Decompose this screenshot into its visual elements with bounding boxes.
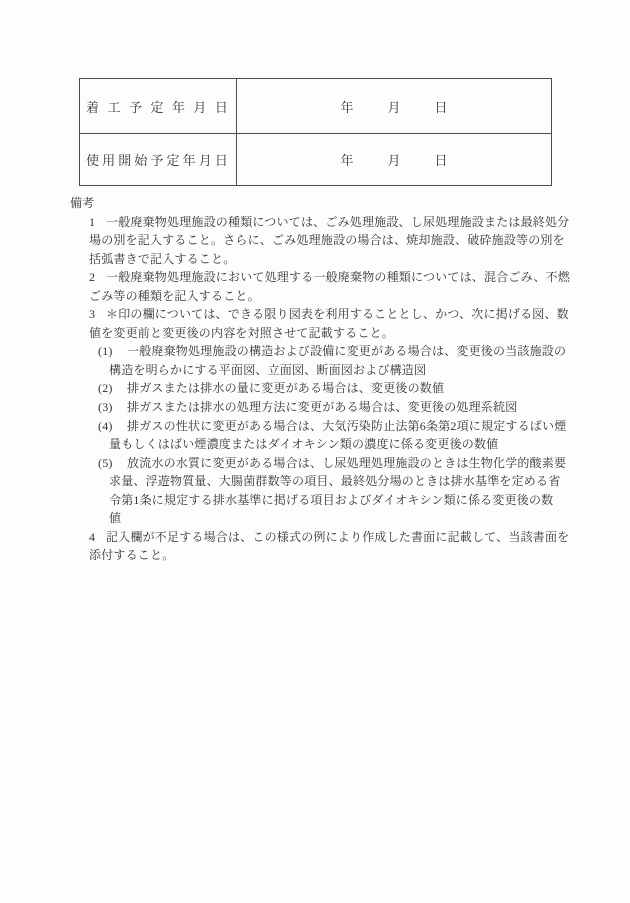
notes-lines: 1一般廃棄物処理施設の種類については、ごみ処理施設、し尿処理施設または最終処分 … [66,213,576,565]
note-line: 令第1条に規定する排水基準に掲げる項目およびダイオキシン類に係る変更後の数 [66,491,576,510]
note-line: (3)排ガスまたは排水の処理方法に変更がある場合は、変更後の処理系統図 [66,398,576,417]
note-line-text: 量もしくはばい煙濃度またはダイオキシン類の濃度に係る変更後の数値 [109,437,498,451]
note-line: (5)放流水の水質に変更がある場合は、し尿処理処理施設のときは生物化学的酸素要 [66,454,576,473]
note-line-text: ごみ等の種類を記入すること。 [89,289,260,303]
table-row-use-start: 使用開始予定年月日 年 月 日 [80,134,551,185]
note-line: 4記入欄が不足する場合は、この様式の例により作成した書面に記載して、当該書面を [66,528,576,547]
document-page: 着工予定年月日 年 月 日 使用開始予定年月日 年 月 日 備考 1一般廃棄物処… [0,0,630,903]
year-label: 年 [340,97,353,116]
note-line-number: (3) [98,398,127,417]
row-label-use-start: 使用開始予定年月日 [86,150,228,169]
schedule-table: 着工予定年月日 年 月 日 使用開始予定年月日 年 月 日 [79,78,552,186]
note-line-text: 値を変更前と変更後の内容を対照させて記載すること。 [89,326,394,340]
date-field-construction-start: 年 月 日 [237,79,551,133]
note-line: (1)一般廃棄物処理施設の構造および設備に変更がある場合は、変更後の当該施設の [66,342,576,361]
note-line: 添付すること。 [66,546,576,565]
note-line-text: 一般廃棄物処理施設の種類については、ごみ処理施設、し尿処理施設または最終処分 [106,215,569,229]
day-label: 日 [435,97,448,116]
note-line: 構造を明らかにする平面図、立面図、断面図および構造図 [66,361,576,380]
month-label: 月 [387,97,400,116]
note-line: 量もしくはばい煙濃度またはダイオキシン類の濃度に係る変更後の数値 [66,435,576,454]
note-line-text: 一般廃棄物処理施設において処理する一般廃棄物の種類については、混合ごみ、不燃 [106,270,570,284]
note-line: 3＊印の欄については、できる限り図表を利用することとし、かつ、次に掲げる図、数 [66,305,576,324]
note-line-text: 排ガスの性状に変更がある場合は、大気汚染防止法第6条第2項に規定するばい煙 [127,419,566,433]
note-line-number: (1) [98,342,127,361]
note-line: 2一般廃棄物処理施設において処理する一般廃棄物の種類については、混合ごみ、不燃 [66,268,576,287]
note-line: 値 [66,509,576,528]
note-line-text: 放流水の水質に変更がある場合は、し尿処理処理施設のときは生物化学的酸素要 [127,456,566,470]
note-line-text: ＊印の欄については、できる限り図表を利用することとし、かつ、次に掲げる図、数 [106,307,569,321]
note-line: 場の別を記入すること。さらに、ごみ処理施設の場合は、焼却施設、破砕施設等の別を [66,231,576,250]
note-line-number: 3 [89,305,106,324]
note-line-text: 一般廃棄物処理施設の構造および設備に変更がある場合は、変更後の当該施設の [127,344,566,358]
note-line-number: (5) [98,454,127,473]
notes-section: 備考 1一般廃棄物処理施設の種類については、ごみ処理施設、し尿処理施設または最終… [66,194,576,565]
year-label: 年 [340,150,353,169]
note-line-text: 場の別を記入すること。さらに、ごみ処理施設の場合は、焼却施設、破砕施設等の別を [89,233,565,247]
note-line: 値を変更前と変更後の内容を対照させて記載すること。 [66,324,576,343]
date-field-use-start: 年 月 日 [237,134,551,185]
note-line-text: 構造を明らかにする平面図、立面図、断面図および構造図 [109,363,426,377]
note-line-number: (4) [98,417,127,436]
note-line-text: 求量、浮遊物質量、大腸菌群数等の項目、最終処分場のときは排水基準を定める省 [109,474,560,488]
note-line-number: 2 [89,268,106,287]
note-line-number: (2) [98,379,127,398]
note-line-text: 排ガスまたは排水の量に変更がある場合は、変更後の数値 [127,381,444,395]
note-line-text: 添付すること。 [89,548,174,562]
note-line: ごみ等の種類を記入すること。 [66,287,576,306]
row-label-cell: 着工予定年月日 [80,79,237,133]
row-label-cell: 使用開始予定年月日 [80,134,237,185]
row-label-construction-start: 着工予定年月日 [86,97,228,116]
note-line: 求量、浮遊物質量、大腸菌群数等の項目、最終処分場のときは排水基準を定める省 [66,472,576,491]
month-label: 月 [387,150,400,169]
notes-heading: 備考 [66,194,576,213]
table-row-construction-start: 着工予定年月日 年 月 日 [80,79,551,134]
note-line: (4)排ガスの性状に変更がある場合は、大気汚染防止法第6条第2項に規定するばい煙 [66,417,576,436]
note-line-number: 4 [89,528,106,547]
note-line: 1一般廃棄物処理施設の種類については、ごみ処理施設、し尿処理施設または最終処分 [66,213,576,232]
note-line-text: 括弧書きで記入すること。 [89,252,235,266]
note-line-number: 1 [89,213,106,232]
note-line-text: 値 [109,511,121,525]
note-line: (2)排ガスまたは排水の量に変更がある場合は、変更後の数値 [66,379,576,398]
day-label: 日 [435,150,448,169]
note-line-text: 令第1条に規定する排水基準に掲げる項目およびダイオキシン類に係る変更後の数 [109,493,553,507]
note-line-text: 記入欄が不足する場合は、この様式の例により作成した書面に記載して、当該書面を [106,530,569,544]
note-line: 括弧書きで記入すること。 [66,250,576,269]
note-line-text: 排ガスまたは排水の処理方法に変更がある場合は、変更後の処理系統図 [127,400,517,414]
